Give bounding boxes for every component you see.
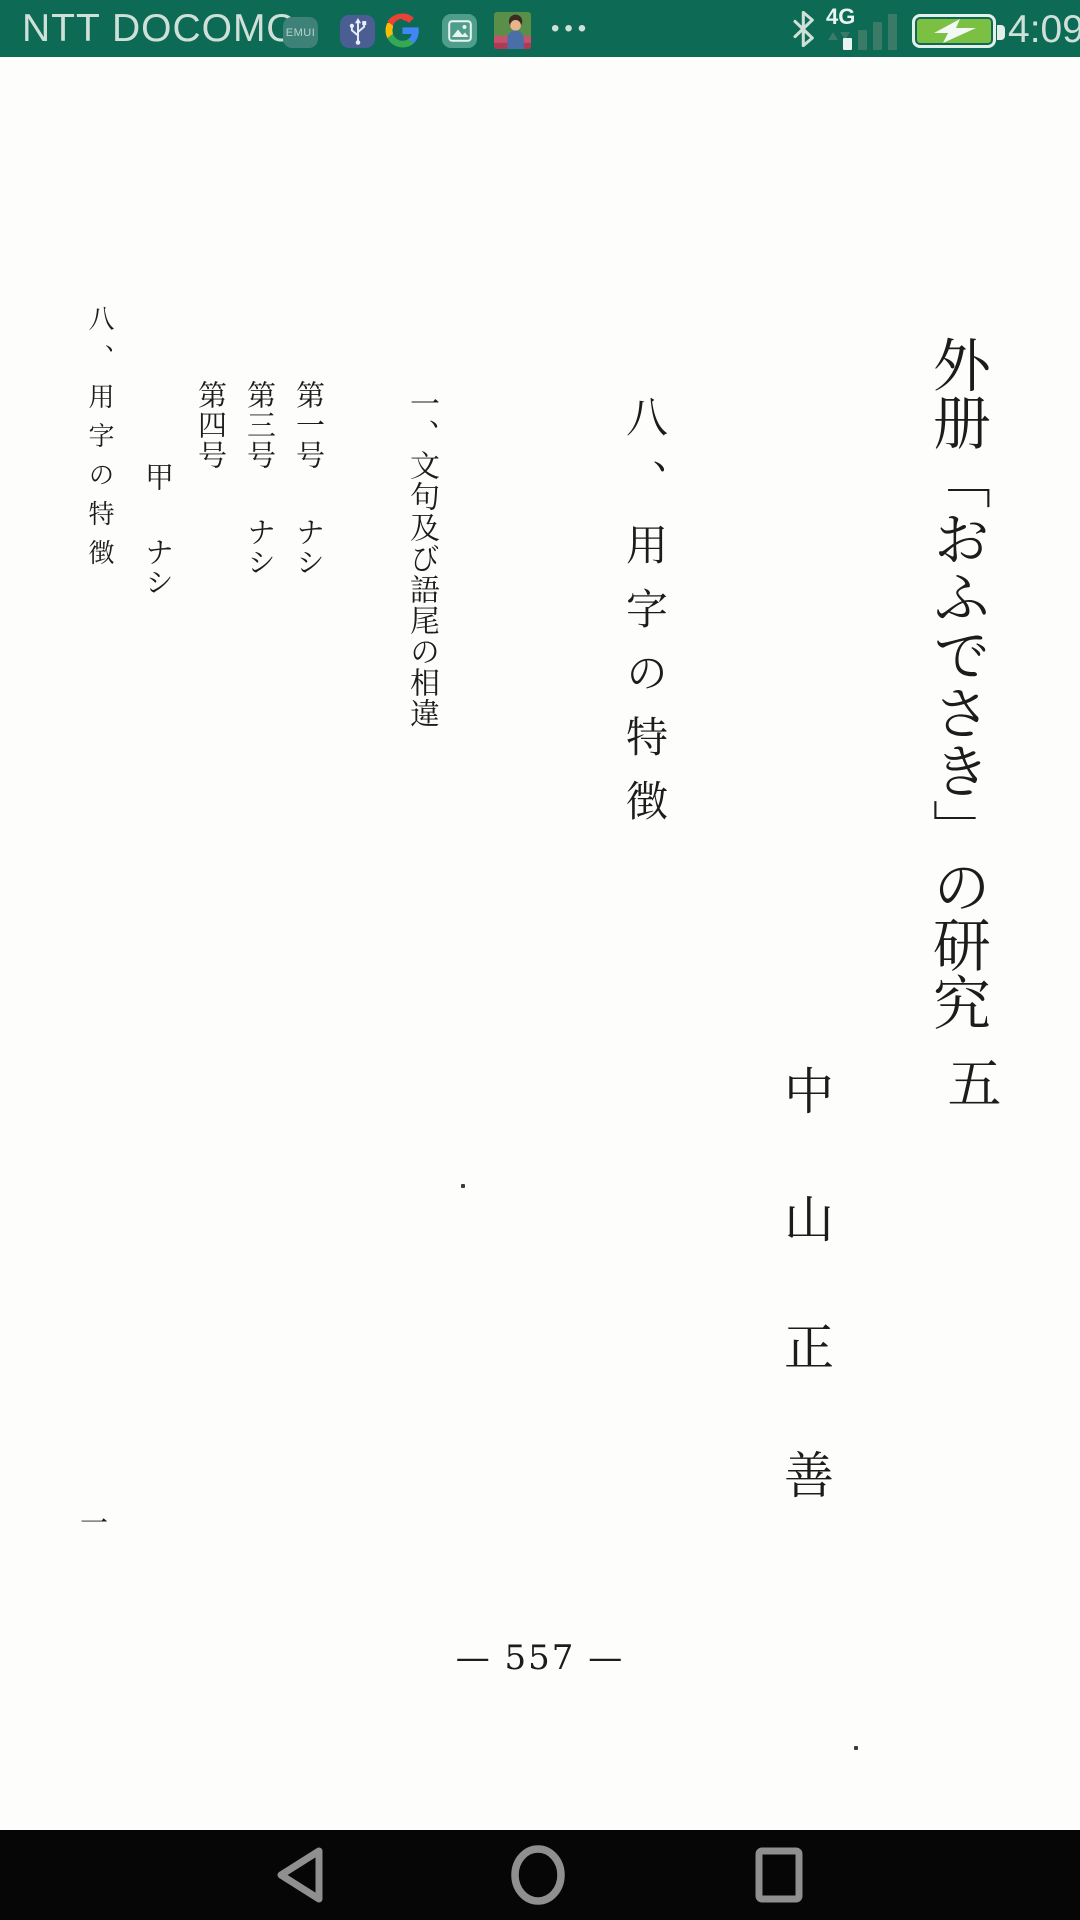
status-bar[interactable]: NTT DOCOMO EMUI (0, 0, 1080, 57)
section-heading: 八、用字の特徴 (614, 395, 674, 843)
back-button[interactable] (265, 1830, 335, 1920)
document-author: 中山正善 (769, 1065, 841, 1577)
scan-speck (854, 1746, 858, 1750)
usb-glyph-icon (347, 18, 369, 46)
gallery-glyph-icon (448, 20, 472, 42)
column-mark: 一 (72, 1508, 112, 1536)
entry-kou-value: ナシ (138, 537, 179, 597)
battery-icon (912, 14, 996, 48)
document-page[interactable]: 外册「おふでさき」の研究 五 中山正善 八、用字の特徴 一、文句及び語尾の相違 … (0, 57, 1080, 1830)
back-triangle-icon (274, 1847, 326, 1903)
usb-icon (340, 15, 375, 48)
document-title: 外册「おふでさき」の研究 (926, 335, 987, 1031)
google-icon (384, 12, 421, 49)
home-button[interactable] (503, 1830, 573, 1920)
document-title-volume: 五 (932, 1055, 1009, 1109)
photo-thumbnail-image (494, 12, 531, 49)
entry-no3-value: ナシ (240, 517, 281, 577)
photo-thumbnail (494, 12, 531, 49)
entry-no1-value: ナシ (289, 517, 330, 577)
charging-bolt-icon (917, 19, 991, 43)
home-circle-icon (510, 1845, 566, 1905)
battery-fill (917, 19, 991, 43)
recents-button[interactable] (744, 1830, 814, 1920)
running-header: 八、用字の特徴 (81, 305, 118, 578)
clock-label: 4:09 (1008, 0, 1080, 57)
entry-no4-label: 第四号 (191, 380, 232, 470)
subsection-heading: 一、文句及び語尾の相違 (399, 388, 443, 729)
scan-speck (461, 1184, 465, 1188)
entry-no1-label: 第一号 (289, 380, 330, 470)
screen: NTT DOCOMO EMUI (0, 0, 1080, 1920)
navigation-bar (0, 1830, 1080, 1920)
signal-bars-icon (843, 14, 897, 50)
emui-badge-icon: EMUI (283, 17, 318, 48)
entry-no3-label: 第三号 (240, 380, 281, 470)
carrier-label: NTT DOCOMO (22, 0, 298, 57)
battery-tip (997, 25, 1005, 40)
recents-square-icon (753, 1846, 805, 1904)
overflow-dots-icon: ••• (551, 0, 591, 57)
bluetooth-icon (791, 11, 817, 47)
emui-badge-label: EMUI (286, 27, 316, 39)
entry-kou-label: 甲 (138, 462, 179, 492)
gallery-icon (442, 14, 477, 48)
page-number: — 557 — (0, 1638, 1080, 1678)
